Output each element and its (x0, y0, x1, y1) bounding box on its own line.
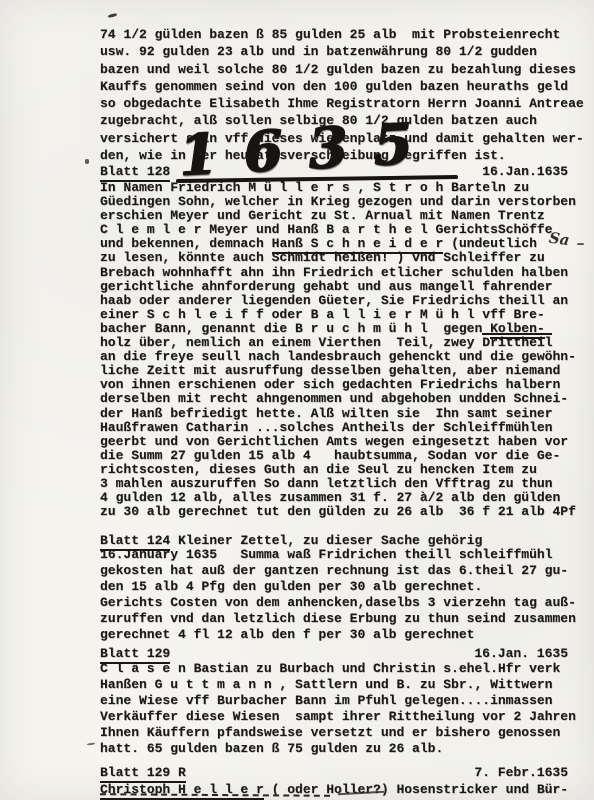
text-line: liche Zeitt mit ausruffung desselben geh… (100, 364, 588, 378)
text-line: haab oder anderer liegenden Güeter, Sie … (100, 294, 588, 308)
text-line: Ihnen Käuffern pfandsweise versetzt und … (100, 725, 588, 741)
scan-speck (87, 742, 95, 745)
section-body-blatt-128: In Namen Friedrich M ü l l e r s , S t r… (100, 181, 588, 519)
text-line: C l ä s e n Bastian zu Burbach und Chris… (100, 661, 588, 677)
text-line: gerechnet 4 fl 12 alb den f per 30 alb g… (100, 627, 588, 643)
text-line: 74 1/2 gülden bazen ß 85 gulden 25 alb m… (100, 26, 588, 43)
text-line: Hanßen G u t t m a n n , Sattlern und B.… (100, 677, 588, 693)
text-line: eine Wiese vff Burbacher Bann im Pfuhl g… (100, 693, 588, 709)
text-line: 4 gulden 12 alb, alles zusammen 31 f. 27… (100, 491, 588, 505)
text-segment: holz über, nemlich an einem Vierthen Tei… (100, 335, 482, 350)
text-line: den 15 alb 4 Pfg den gulden per 30 alb g… (100, 579, 588, 595)
underlined-name: Christoph H e l l e r (100, 782, 264, 800)
document-page: 74 1/2 gülden bazen ß 85 gulden 25 alb m… (0, 0, 594, 800)
text-line: Gerichts Costen von dem anhencken,daselb… (100, 595, 588, 611)
text-line: Kauffs genommen seind von den 100 gulden… (100, 78, 588, 95)
section-body-blatt-129: C l ä s e n Bastian zu Burbach und Chris… (100, 661, 588, 758)
text-line: geerbt und von Gerichtlichen Amts wegen … (100, 435, 588, 449)
text-line: von ihnen erschienen oder sich gedachten… (100, 378, 588, 392)
text-segment: und bekennen, demnach (100, 236, 272, 251)
section-body-blatt-124: 16.January 1635 Summa waß Fridrichen the… (100, 547, 588, 643)
text-line: der Hanß befriedigt hette. Alß wilten si… (100, 407, 588, 421)
text-line: zu lesen, könnte auch Schmidt heißen! ) … (100, 251, 588, 265)
text-segment: (undeutlich (443, 236, 537, 251)
text-line: zu 30 alb gerechnet tut den gülden zu 26… (100, 505, 588, 519)
margin-note: Sa (548, 229, 571, 250)
text-line: Güedingen Sohn, welcher in Krieg gezogen… (100, 195, 588, 209)
text-line: an die freye seull nach landesbrauch geh… (100, 350, 588, 364)
text-line: holz über, nemlich an einem Vierthen Tei… (100, 336, 588, 350)
text-line: zuruffen vnd dan letzlich diese Erbung z… (100, 611, 588, 627)
text-line: gerichtliche ahnforderung gehabt und aus… (100, 280, 588, 294)
text-line: C l e m l e r Meyer und Hanß B a r t h e… (100, 223, 588, 237)
text-line: 16.January 1635 Summa waß Fridrichen the… (100, 547, 588, 563)
text-line: 3 mahlen auszuruffen So dann letztlich d… (100, 477, 588, 491)
text-line: bazen und weil solche 80 1/2 gulden baze… (100, 61, 588, 78)
text-line: derselben mit recht ahngenommen und abge… (100, 392, 588, 406)
text-line: die Summ 27 gulden 15 alb 4 haubtsumma, … (100, 449, 588, 463)
scan-speck (577, 243, 584, 245)
text-line: Haußfrawen Catharin ...solches Antheils … (100, 421, 588, 435)
text-line: hatt. 65 gulden bazen ß 75 gulden zu 26 … (100, 741, 588, 757)
scan-speck (108, 13, 117, 18)
overlined-word: Drittheil (482, 333, 552, 350)
text-line: so obgedachte Elisabeth Ihme Registrator… (100, 95, 588, 112)
text-line: erschien Meyer und Gericht zu St. Arnual… (100, 209, 588, 223)
text-line: usw. 92 gulden 23 alb und in batzenwähru… (100, 43, 588, 60)
scan-speck (85, 159, 89, 164)
text-line: In Namen Friedrich M ü l l e r s , S t r… (100, 181, 588, 195)
text-line: richtscosten, dieses Guth an die Seul zu… (100, 463, 588, 477)
text-line: Verkäuffer diese Wiesen sampt ihrer Ritt… (100, 709, 588, 725)
text-segment: bacher Bann, genannt die B r u c h m ü h… (100, 321, 490, 336)
text-line: gekosten hat auß der gantzen rechnung is… (100, 563, 588, 579)
text-line: und bekennen, demnach Hanß S c h n e i d… (100, 237, 588, 251)
text-line: Brebach wohnhafft ahn ihn Friedrich etli… (100, 266, 588, 280)
text-line: einer S c h l e i f f oder B a l l i e r… (100, 308, 588, 322)
